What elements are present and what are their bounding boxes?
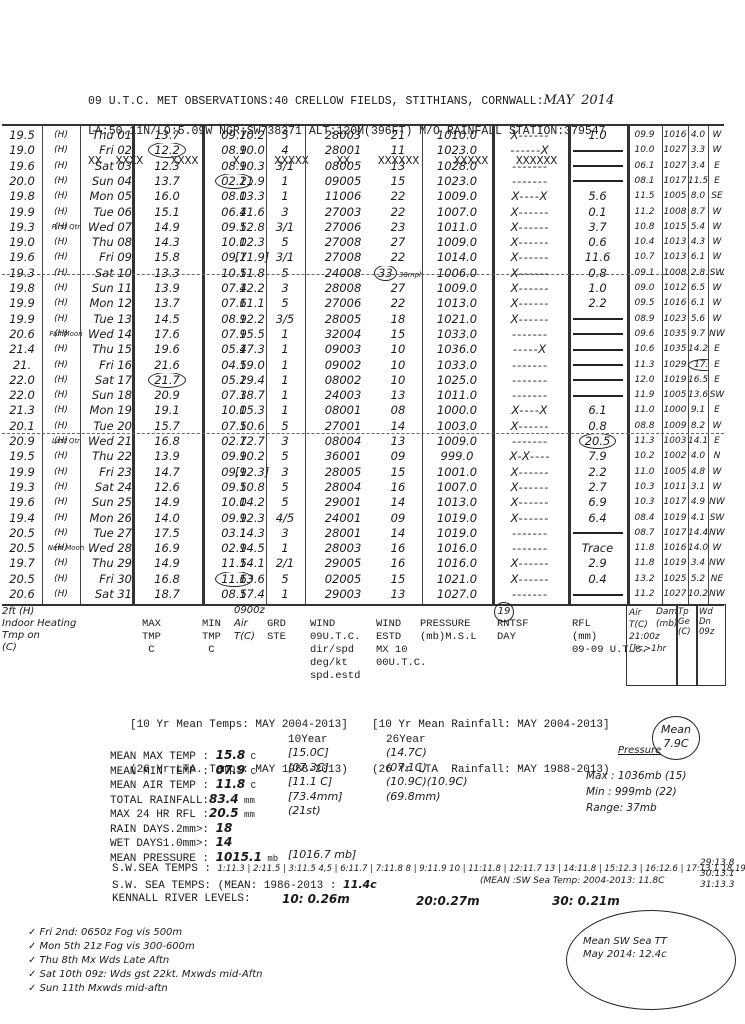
cell-max: 17.5: [132, 526, 202, 541]
cell-max: 14.0: [132, 511, 202, 526]
cell-h: (H): [42, 495, 80, 510]
col-26yr: 26Year: [386, 734, 426, 746]
cell-sst: 06.1: [627, 159, 662, 174]
label-rain-day: RNTSF DAY: [497, 618, 529, 644]
river-level-10: 10: 0.26m: [282, 892, 350, 906]
cell-sst: 11.0: [627, 403, 662, 418]
cell-grd: 5: [270, 572, 300, 587]
label-tp: Tp Ge (C): [677, 605, 697, 639]
cell-dir: W: [708, 419, 726, 434]
cell-p2: 1016: [662, 541, 688, 556]
cell-p2: 1017: [662, 526, 688, 541]
cell-h: (H): [42, 235, 80, 250]
sea-temps-mean-value: 11.4c: [343, 878, 377, 891]
cell-rfl: 2.7: [568, 480, 627, 495]
cell-dayd: Tue 13: [80, 312, 134, 327]
sea-temps-values: 1:11.3 | 2:11.5 | 3:11.5 4,5 | 6:11.7 | …: [218, 864, 745, 874]
cell-max: 14.9: [132, 495, 202, 510]
no-rain-line: [573, 150, 623, 152]
cell-h: (H): [42, 419, 80, 434]
cell-dir: SE: [708, 189, 726, 204]
cell-air: 18.7: [234, 388, 270, 403]
col-10yr: 10Year: [288, 734, 328, 746]
cell-max: 13.7: [132, 296, 202, 311]
cell-indoor: 19.8: [2, 189, 42, 204]
cell-dir: W: [708, 296, 726, 311]
cell-press: 1010.0: [422, 128, 492, 143]
summary-26yr-value: (10.9C)(10.9C): [386, 775, 468, 788]
weather-note: ✓ Mon 5th 21z Fog vis 300-600m: [28, 940, 262, 954]
cell-rfl: [568, 312, 627, 327]
cell-rfl: 2.2: [568, 296, 627, 311]
cell-rain: -------: [492, 541, 568, 556]
cell-max: 14.5: [132, 312, 202, 327]
cell-air: 15.3: [234, 403, 270, 418]
no-rain-line: [573, 594, 623, 596]
header-line1: 09 U.T.C. MET OBSERVATIONS:40 CRELLOW FI…: [88, 95, 543, 108]
cell-dayd: Sun 25: [80, 495, 134, 510]
cell-sst: 11.3: [627, 358, 662, 373]
cell-ws: 3.4: [688, 556, 708, 571]
cell-p2: 1000: [662, 403, 688, 418]
cell-dayd: Wed 21: [80, 434, 134, 449]
cell-max: 15.1: [132, 205, 202, 220]
cell-press: 1025.0: [422, 373, 492, 388]
cell-sst: 10.8: [627, 220, 662, 235]
cell-grd: 1: [270, 373, 300, 388]
cell-wind: 08005: [308, 159, 378, 174]
cell-grd: 5: [270, 419, 300, 434]
cell-max: 12.3: [132, 159, 202, 174]
cell-wind: 29003: [308, 587, 378, 602]
cell-h: (H): [42, 143, 80, 158]
cell-grd: 1: [270, 327, 300, 342]
cell-press: 1023.0: [422, 143, 492, 158]
cell-grd: 3/1: [270, 220, 300, 235]
cell-dir: E: [708, 373, 726, 388]
cell-h: (H): [42, 189, 80, 204]
cell-ws: 3.4: [688, 159, 708, 174]
weather-note: ✓ Sun 11th Mxwds mid-aftn: [28, 982, 262, 996]
cell-sst: 09.1: [627, 266, 662, 281]
cell-sst: 08.9: [627, 312, 662, 327]
cell-ws: 5.2: [688, 572, 708, 587]
cell-grd: 5: [270, 495, 300, 510]
cell-indoor: 22.0: [2, 388, 42, 403]
cell-ws: 4.1: [688, 511, 708, 526]
cell-indoor: 19.3: [2, 220, 42, 235]
cell-ws: 8.7: [688, 205, 708, 220]
cell-wind: 28003: [308, 128, 378, 143]
cell-estd: 21: [374, 128, 422, 143]
cell-p2: 1008: [662, 205, 688, 220]
cell-max: 14.3: [132, 235, 202, 250]
cell-max: 19.6: [132, 342, 202, 357]
cell-max: 14.9: [132, 220, 202, 235]
cell-rain: -------: [492, 587, 568, 602]
cell-rain: ------X: [492, 143, 568, 158]
cell-air: 12.8: [234, 220, 270, 235]
cell-rain: X------: [492, 128, 568, 143]
cell-rain: X------: [492, 511, 568, 526]
cell-sst: 12.0: [627, 373, 662, 388]
cell-max: 15.8: [132, 250, 202, 265]
cell-grd: 3/1: [270, 250, 300, 265]
cell-dir: W: [708, 281, 726, 296]
pressure-min: Min : 999mb (22): [586, 784, 686, 800]
cell-dir: W: [708, 220, 726, 235]
cell-air: 12.3: [234, 511, 270, 526]
cell-dir: NW: [708, 526, 726, 541]
cell-grd: 1: [270, 388, 300, 403]
cell-max: 13.9: [132, 449, 202, 464]
cell-rfl: Trace: [568, 541, 627, 556]
cell-ws: 14.4: [688, 526, 708, 541]
cell-press: 1011.0: [422, 220, 492, 235]
cell-wind: 08001: [308, 403, 378, 418]
cell-indoor: 20.5: [2, 541, 42, 556]
table-row: 19.6(H)Fri 0915.809.7[11.9]3/12700822101…: [2, 250, 724, 265]
cell-max: 16.9: [132, 541, 202, 556]
cell-h: (H): [42, 281, 80, 296]
cell-dir: W: [708, 143, 726, 158]
cell-rain: X------: [492, 205, 568, 220]
cell-rfl: 0.6: [568, 235, 627, 250]
cell-h: (H): [42, 526, 80, 541]
cell-air: 10.8: [234, 480, 270, 495]
cell-dir: E: [708, 403, 726, 418]
cell-p2: 1012: [662, 281, 688, 296]
cell-wind: 24003: [308, 388, 378, 403]
cell-rfl: [568, 526, 627, 541]
table-row: 19.0(H)Fri 0212.208.910.0428001111023.0-…: [2, 143, 724, 158]
cell-indoor: 20.5: [2, 572, 42, 587]
cell-max: 12.6: [132, 480, 202, 495]
cell-dayd: Mon 12: [80, 296, 134, 311]
sea-temps-row: S.W.SEA TEMPS : 1:11.3 | 2:11.5 | 3:11.5…: [112, 863, 745, 875]
cell-rfl: 7.9: [568, 449, 627, 464]
cell-dir: W: [708, 250, 726, 265]
cell-h: (H): [42, 358, 80, 373]
cell-wind: 02005: [308, 572, 378, 587]
cell-air: 14.3: [234, 526, 270, 541]
cell-rain: -------: [492, 373, 568, 388]
cell-air: 15.5: [234, 327, 270, 342]
label-wd-box: Wd Dn 09z: [696, 604, 726, 686]
summary-10yr-value: [1016.7 mb]: [288, 848, 356, 861]
cell-wind: 27001: [308, 419, 378, 434]
cell-grd: 5: [270, 296, 300, 311]
summary-10yr-value: [73.4mm]: [288, 790, 343, 803]
cell-p2: 1027: [662, 143, 688, 158]
table-row: 19.6(H)Sat 0312.308.910.33/108005131028.…: [2, 159, 724, 174]
cell-h: (H): [42, 266, 80, 281]
cell-max: 12.2: [132, 143, 202, 158]
cell-dayd: Fri 23: [80, 465, 134, 480]
cell-wind: 08002: [308, 373, 378, 388]
table-row: 21.3(H)Mon 1919.110.015.3108001081000.0X…: [2, 403, 724, 418]
cell-dir: E: [708, 159, 726, 174]
cell-p2: 1019: [662, 373, 688, 388]
cell-dayd: Sun 04: [80, 174, 134, 189]
table-row: 19.5(H)Thu 0113.709.710.2528003211010.0X…: [2, 128, 724, 143]
cell-press: 1036.0: [422, 342, 492, 357]
cell-dir: W: [708, 128, 726, 143]
cell-dayd: Tue 20: [80, 419, 134, 434]
cell-grd: 5: [270, 128, 300, 143]
cell-p2: 1027: [662, 159, 688, 174]
cell-p2: 1008: [662, 266, 688, 281]
cell-p2: 1025: [662, 572, 688, 587]
cell-h: (H): [42, 312, 80, 327]
cell-indoor: 19.9: [2, 465, 42, 480]
cell-wind: 36001: [308, 449, 378, 464]
cell-dayd: Sat 03: [80, 159, 134, 174]
cell-estd: 14: [374, 526, 422, 541]
cell-dayd: Tue 27: [80, 526, 134, 541]
label-max-temp: MAX TMP C: [142, 618, 161, 657]
table-row: 20.1(H)Tue 2015.707.510.6527001141003.0X…: [2, 419, 724, 434]
cell-indoor: 19.9: [2, 205, 42, 220]
table-row: 20.5(H)Tue 2717.503.114.3328001141019.0-…: [2, 526, 724, 541]
summary-26yr-value: (69.8mm): [386, 790, 441, 803]
table-row: 20.9(H)Wed 2116.802.712.7308004131009.0-…: [2, 434, 724, 449]
cell-p2: 1013: [662, 250, 688, 265]
cell-dir: W: [708, 205, 726, 220]
cell-rain: X----X: [492, 189, 568, 204]
cell-rfl: 2.9: [568, 556, 627, 571]
cell-max: 14.7: [132, 465, 202, 480]
cell-p2: 1029: [662, 358, 688, 373]
no-rain-line: [573, 349, 623, 351]
cell-estd: 09: [374, 511, 422, 526]
table-row: 20.5(H)Fri 3016.811.613.6502005151021.0X…: [2, 572, 724, 587]
cell-rain: X------: [492, 266, 568, 281]
cell-p2: 1015: [662, 220, 688, 235]
cell-sst: 11.8: [627, 541, 662, 556]
cell-wind: 32004: [308, 327, 378, 342]
cell-rfl: [568, 388, 627, 403]
cell-p2: 1005: [662, 465, 688, 480]
sea-temps-mean-row: S.W. SEA TEMPS: (MEAN: 1986-2013 : 11.4c: [112, 878, 377, 892]
cell-sst: 08.8: [627, 419, 662, 434]
cell-estd: 10: [374, 373, 422, 388]
cell-estd: 18: [374, 312, 422, 327]
cell-press: 1016.0: [422, 541, 492, 556]
cell-sst: 10.7: [627, 250, 662, 265]
cell-dayd: Sat 17: [80, 373, 134, 388]
cell-max: 13.7: [132, 128, 202, 143]
cell-indoor: 19.8: [2, 281, 42, 296]
circled-extreme: 17.1: [688, 359, 708, 371]
cell-rain: -----X: [492, 342, 568, 357]
cell-wind: 28008: [308, 281, 378, 296]
cell-dayd: Wed 28: [80, 541, 134, 556]
cell-air: 17.4: [234, 587, 270, 602]
table-row: 19.3(H)Sat 2412.609.510.8528004161007.0X…: [2, 480, 724, 495]
cell-sst: 08.4: [627, 511, 662, 526]
cell-ws: 10.2: [688, 587, 708, 602]
cell-dayd: Mon 05: [80, 189, 134, 204]
cell-grd: 3: [270, 526, 300, 541]
circled-extreme: 20.5: [579, 434, 617, 449]
table-row: 19.9(H)Mon 1213.707.611.1527006221013.0X…: [2, 296, 724, 311]
cell-rfl: 0.1: [568, 205, 627, 220]
no-rain-line: [573, 395, 623, 397]
cell-sst: 11.5: [627, 189, 662, 204]
cell-grd: 1: [270, 189, 300, 204]
cell-dayd: Thu 29: [80, 556, 134, 571]
table-row: 20.6(H)Wed 1417.607.915.5132004151033.0-…: [2, 327, 724, 342]
cell-press: 1000.0: [422, 403, 492, 418]
river-levels-label: KENNALL RIVER LEVELS:: [112, 893, 251, 905]
cell-press: 999.0: [422, 449, 492, 464]
cell-air: 17.3: [234, 342, 270, 357]
cell-air: 14.2: [234, 495, 270, 510]
cell-dir: NW: [708, 587, 726, 602]
table-row: 19.5(H)Thu 2213.909.910.253600109999.0X-…: [2, 449, 724, 464]
cell-sst: 10.4: [627, 235, 662, 250]
cell-h: (H): [42, 449, 80, 464]
circled-extreme: 12.2: [148, 143, 186, 158]
cell-air: 12.2: [234, 281, 270, 296]
cell-ws: 8.0: [688, 189, 708, 204]
table-row: 21.(H)Fri 1621.604.519.0109002101033.0--…: [2, 358, 724, 373]
cell-press: 1033.0: [422, 327, 492, 342]
table-row: 22.0(H)Sat 1721.705.219.4108002101025.0-…: [2, 373, 724, 388]
cell-wind: 08004: [308, 434, 378, 449]
cell-sst: 09.0: [627, 281, 662, 296]
cell-wind: 09002: [308, 358, 378, 373]
cell-ws: 4.0: [688, 128, 708, 143]
cell-estd: 33 38mph: [374, 266, 422, 281]
cell-p2: 1017: [662, 174, 688, 189]
moon-phase-note: Last Qtr: [46, 434, 86, 449]
cell-estd: 09: [374, 449, 422, 464]
label-indoor-temp: 2ft (H) Indoor Heating Tmp on (C): [2, 606, 76, 654]
cell-indoor: 19.7: [2, 556, 42, 571]
cell-grd: 5: [270, 235, 300, 250]
cell-ws: 9.1: [688, 403, 708, 418]
label-min-temp: MIN TMP C: [202, 618, 221, 657]
cell-air: [11.9]: [234, 250, 270, 265]
summary-10yr-value: (21st): [288, 804, 321, 817]
table-row: 19.8(H)Mon 0516.008.013.3111006221009.0X…: [2, 189, 724, 204]
cell-indoor: 19.0: [2, 143, 42, 158]
cell-ws: 14.1: [688, 434, 708, 449]
cell-sst: 08.7: [627, 526, 662, 541]
cell-dayd: Fri 30: [80, 572, 134, 587]
summary-26yr-value: (07.1C): [386, 761, 427, 774]
no-rain-line: [573, 364, 623, 366]
table-row: 21.4(H)Thu 1519.605.417.3109003101036.0-…: [2, 342, 724, 357]
cell-rfl: 20.5: [568, 434, 627, 449]
cell-indoor: 19.6: [2, 495, 42, 510]
cell-rain: X------: [492, 296, 568, 311]
cell-press: 1003.0: [422, 419, 492, 434]
cell-estd: 22: [374, 296, 422, 311]
cell-grd: 3: [270, 434, 300, 449]
cell-press: 1027.0: [422, 587, 492, 602]
label-tp-box: Tp Ge (C): [676, 604, 698, 686]
cell-grd: 4: [270, 143, 300, 158]
cell-air: 11.9: [234, 174, 270, 189]
cell-press: 1007.0: [422, 205, 492, 220]
cell-max: 20.9: [132, 388, 202, 403]
cell-rfl: [568, 327, 627, 342]
cell-dayd: Thu 08: [80, 235, 134, 250]
cell-max: 19.1: [132, 403, 202, 418]
cell-sst: 09.9: [627, 128, 662, 143]
cell-indoor: 19.9: [2, 296, 42, 311]
cell-sst: 11.2: [627, 205, 662, 220]
cell-sst: 09.5: [627, 296, 662, 311]
weather-note: ✓ Fri 2nd: 0650z Fog vis 500m: [28, 926, 262, 940]
cell-rain: X------: [492, 465, 568, 480]
cell-press: 1028.0: [422, 159, 492, 174]
cell-air: 19.0: [234, 358, 270, 373]
cell-p2: 1035: [662, 327, 688, 342]
cell-air: 12.2: [234, 312, 270, 327]
cell-rfl: 2.2: [568, 465, 627, 480]
cell-indoor: 19.5: [2, 449, 42, 464]
cell-rfl: 0.8: [568, 419, 627, 434]
cell-press: 1009.0: [422, 189, 492, 204]
cell-rain: X------: [492, 419, 568, 434]
cell-dayd: Sat 31: [80, 587, 134, 602]
cell-grd: 2/1: [270, 556, 300, 571]
cell-sst: 11.3: [627, 434, 662, 449]
cell-ws: 16.5: [688, 373, 708, 388]
cell-air: 10.6: [234, 419, 270, 434]
cell-h: (H): [42, 342, 80, 357]
cell-dir: SW: [708, 511, 726, 526]
label-air-temp: 0900z Air T(C): [234, 604, 265, 643]
cell-wind: 27006: [308, 220, 378, 235]
weather-note: ✓ Sat 10th 09z: Wds gst 22kt. Mxwds mid-…: [28, 968, 262, 982]
rain-10yr: [10 Yr Mean Rainfall: MAY 2004-2013]: [372, 718, 610, 733]
cell-air: 12.7: [234, 434, 270, 449]
cell-rfl: [568, 358, 627, 373]
cell-press: 1009.0: [422, 434, 492, 449]
temps-10yr: [10 Yr Mean Temps: MAY 2004-2013]: [130, 718, 348, 733]
cell-rfl: 11.6: [568, 250, 627, 265]
cell-air: 13.3: [234, 189, 270, 204]
pressure-notes: Max : 1036mb (15) Min : 999mb (22) Range…: [586, 768, 686, 816]
no-rain-line: [573, 165, 623, 167]
cell-ws: 11.5: [688, 174, 708, 189]
cell-sst: 11.8: [627, 556, 662, 571]
weather-note: ✓ Thu 8th Mx Wds Late Aftn: [28, 954, 262, 968]
sea-temps-late: 29:13.8 30:13.1 31:13.3: [700, 858, 735, 891]
table-row: 19.0(H)Thu 0814.310.012.3527008271009.0X…: [2, 235, 724, 250]
cell-dayd: Sun 11: [80, 281, 134, 296]
cell-wind: 27008: [308, 235, 378, 250]
cell-h: (H): [42, 511, 80, 526]
cell-max: 13.3: [132, 266, 202, 281]
summary-10yr-value: [07.3C]: [288, 761, 329, 774]
pressure-range: Range: 37mb: [586, 800, 686, 816]
cell-press: 1023.0: [422, 174, 492, 189]
weather-notes: ✓ Fri 2nd: 0650z Fog vis 500m✓ Mon 5th 2…: [28, 926, 262, 996]
cell-estd: 10: [374, 358, 422, 373]
cell-press: 1011.0: [422, 388, 492, 403]
cell-rain: -------: [492, 159, 568, 174]
cell-press: 1019.0: [422, 526, 492, 541]
cell-estd: 14: [374, 419, 422, 434]
cell-press: 1013.0: [422, 495, 492, 510]
cell-indoor: 20.5: [2, 526, 42, 541]
